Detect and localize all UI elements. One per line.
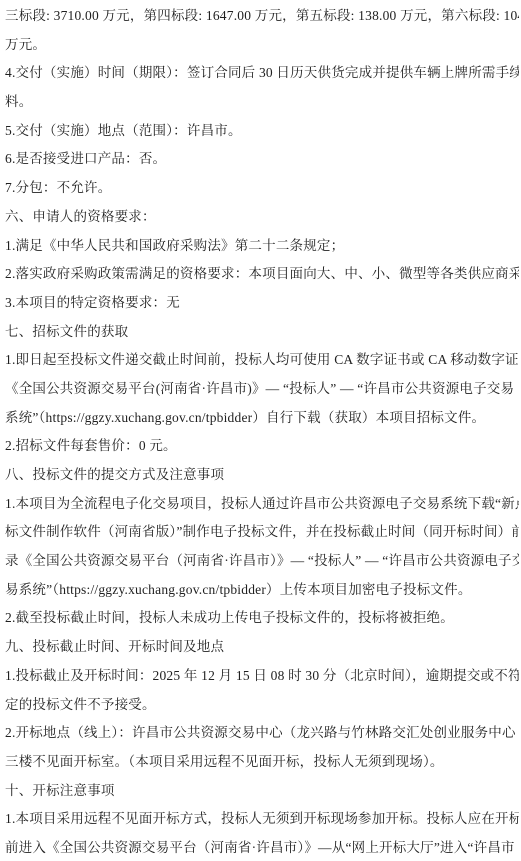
document-line: 系统”（https://ggzy.xuchang.gov.cn/tpbidder… xyxy=(5,404,519,433)
document-line: 《全国公共资源交易平台(河南省·许昌市)》— “投标人” — “许昌市公共资源电… xyxy=(5,375,519,404)
document-line: 7.分包：不允许。 xyxy=(5,174,519,203)
document-line: 九、投标截止时间、开标时间及地点 xyxy=(5,633,519,662)
document-line: 3.本项目的特定资格要求：无 xyxy=(5,289,519,318)
document-line: 1.即日起至投标文件递交截止时间前，投标人均可使用 CA 数字证书或 CA 移动… xyxy=(5,346,519,375)
document-line: 2.落实政府采购政策需满足的资格要求：本项目面向大、中、小、微型等各类供应商采购… xyxy=(5,260,519,289)
document-line: 5.交付（实施）地点（范围）：许昌市。 xyxy=(5,117,519,146)
document-line: 1.本项目采用远程不见面开标方式，投标人无须到开标现场参加开标。投标人应在开标时… xyxy=(5,805,519,834)
document-line: 4.交付（实施）时间（期限）：签订合同后 30 日历天供货完成并提供车辆上牌所需… xyxy=(5,59,519,88)
document-line: 1.满足《中华人民共和国政府采购法》第二十二条规定； xyxy=(5,232,519,261)
document-line: 6.是否接受进口产品：否。 xyxy=(5,145,519,174)
document-line: 2.开标地点（线上）：许昌市公共资源交易中心（龙兴路与竹林路交汇处创业服务中心 … xyxy=(5,719,519,748)
document-text: 三标段: 3710.00 万元，第四标段: 1647.00 万元，第五标段: 1… xyxy=(5,2,519,861)
document-line: 前进入《全国公共资源交易平台（河南省·许昌市）》—从“网上开标大厅”进入“许昌市 xyxy=(5,834,519,861)
document-line: 三楼不见面开标室。（本项目采用远程不见面开标，投标人无须到现场）。 xyxy=(5,748,519,777)
document-line: 七、招标文件的获取 xyxy=(5,318,519,347)
document-line: 定的投标文件不予接受。 xyxy=(5,691,519,720)
document-line: 录《全国公共资源交易平台（河南省·许昌市）》— “投标人” — “许昌市公共资源… xyxy=(5,547,519,576)
document-page: 三标段: 3710.00 万元，第四标段: 1647.00 万元，第五标段: 1… xyxy=(0,0,521,861)
document-line: 十、开标注意事项 xyxy=(5,777,519,806)
document-line: 料。 xyxy=(5,88,519,117)
document-line: 1.本项目为全流程电子化交易项目，投标人通过许昌市公共资源电子交易系统下载“新点… xyxy=(5,490,519,519)
document-line: 2.截至投标截止时间，投标人未成功上传电子投标文件的，投标将被拒绝。 xyxy=(5,604,519,633)
document-line: 2.招标文件每套售价：0 元。 xyxy=(5,432,519,461)
document-line: 1.投标截止及开标时间：2025 年 12 月 15 日 08 时 30 分（北… xyxy=(5,662,519,691)
document-line: 八、投标文件的提交方式及注意事项 xyxy=(5,461,519,490)
document-line: 三标段: 3710.00 万元，第四标段: 1647.00 万元，第五标段: 1… xyxy=(5,2,519,31)
document-line: 万元。 xyxy=(5,31,519,60)
document-line: 六、申请人的资格要求： xyxy=(5,203,519,232)
document-line: 标文件制作软件（河南省版）”制作电子投标文件，并在投标截止时间（同开标时间）前登 xyxy=(5,518,519,547)
document-line: 易系统”（https://ggzy.xuchang.gov.cn/tpbidde… xyxy=(5,576,519,605)
